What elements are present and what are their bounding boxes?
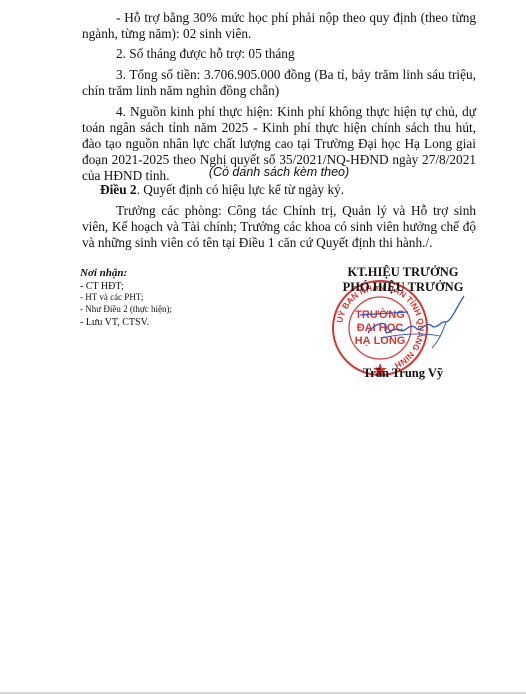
paragraph-support-30: - Hỗ trợ bằng 30% mức học phí phải nộp t… <box>82 10 476 42</box>
signature-title-1: KT.HIỆU TRƯỞNG <box>318 265 488 280</box>
paragraph-total-amount: 3. Tổng số tiền: 3.706.905.000 đồng (Ba … <box>82 67 476 99</box>
recipient-item: - Lưu VT, CTSV. <box>80 317 172 329</box>
document-page: - Hỗ trợ bằng 30% mức học phí phải nộp t… <box>0 0 526 692</box>
signature-block: KT.HIỆU TRƯỞNG PHÓ HIỆU TRƯỞNG Trần Trun… <box>318 265 488 295</box>
attachment-note: (Có danh sách kèm theo) <box>82 164 476 180</box>
signature-title-2: PHÓ HIỆU TRƯỞNG <box>318 280 488 295</box>
paragraph-execution: Trưởng các phòng: Công tác Chính trị, Qu… <box>82 203 476 251</box>
article-2: Điều 2. Quyết định có hiệu lực kể từ ngà… <box>100 182 476 198</box>
handwritten-signature <box>360 290 470 350</box>
paragraph-months: 2. Số tháng được hỗ trợ: 05 tháng <box>82 46 476 62</box>
recipients-title: Nơi nhận: <box>80 268 172 280</box>
recipient-item: - Như Điều 2 (thực hiện); <box>80 304 172 316</box>
recipient-item: - CT HĐT; <box>80 281 172 293</box>
recipients-block: Nơi nhận: - CT HĐT; - HT và các PHT; - N… <box>80 268 172 329</box>
recipient-item: - HT và các PHT; <box>80 292 172 304</box>
article-2-text: . Quyết định có hiệu lực kể từ ngày ký. <box>137 182 345 197</box>
signer-name: Trần Trung Vỹ <box>318 366 488 381</box>
article-2-label: Điều 2 <box>100 182 137 197</box>
